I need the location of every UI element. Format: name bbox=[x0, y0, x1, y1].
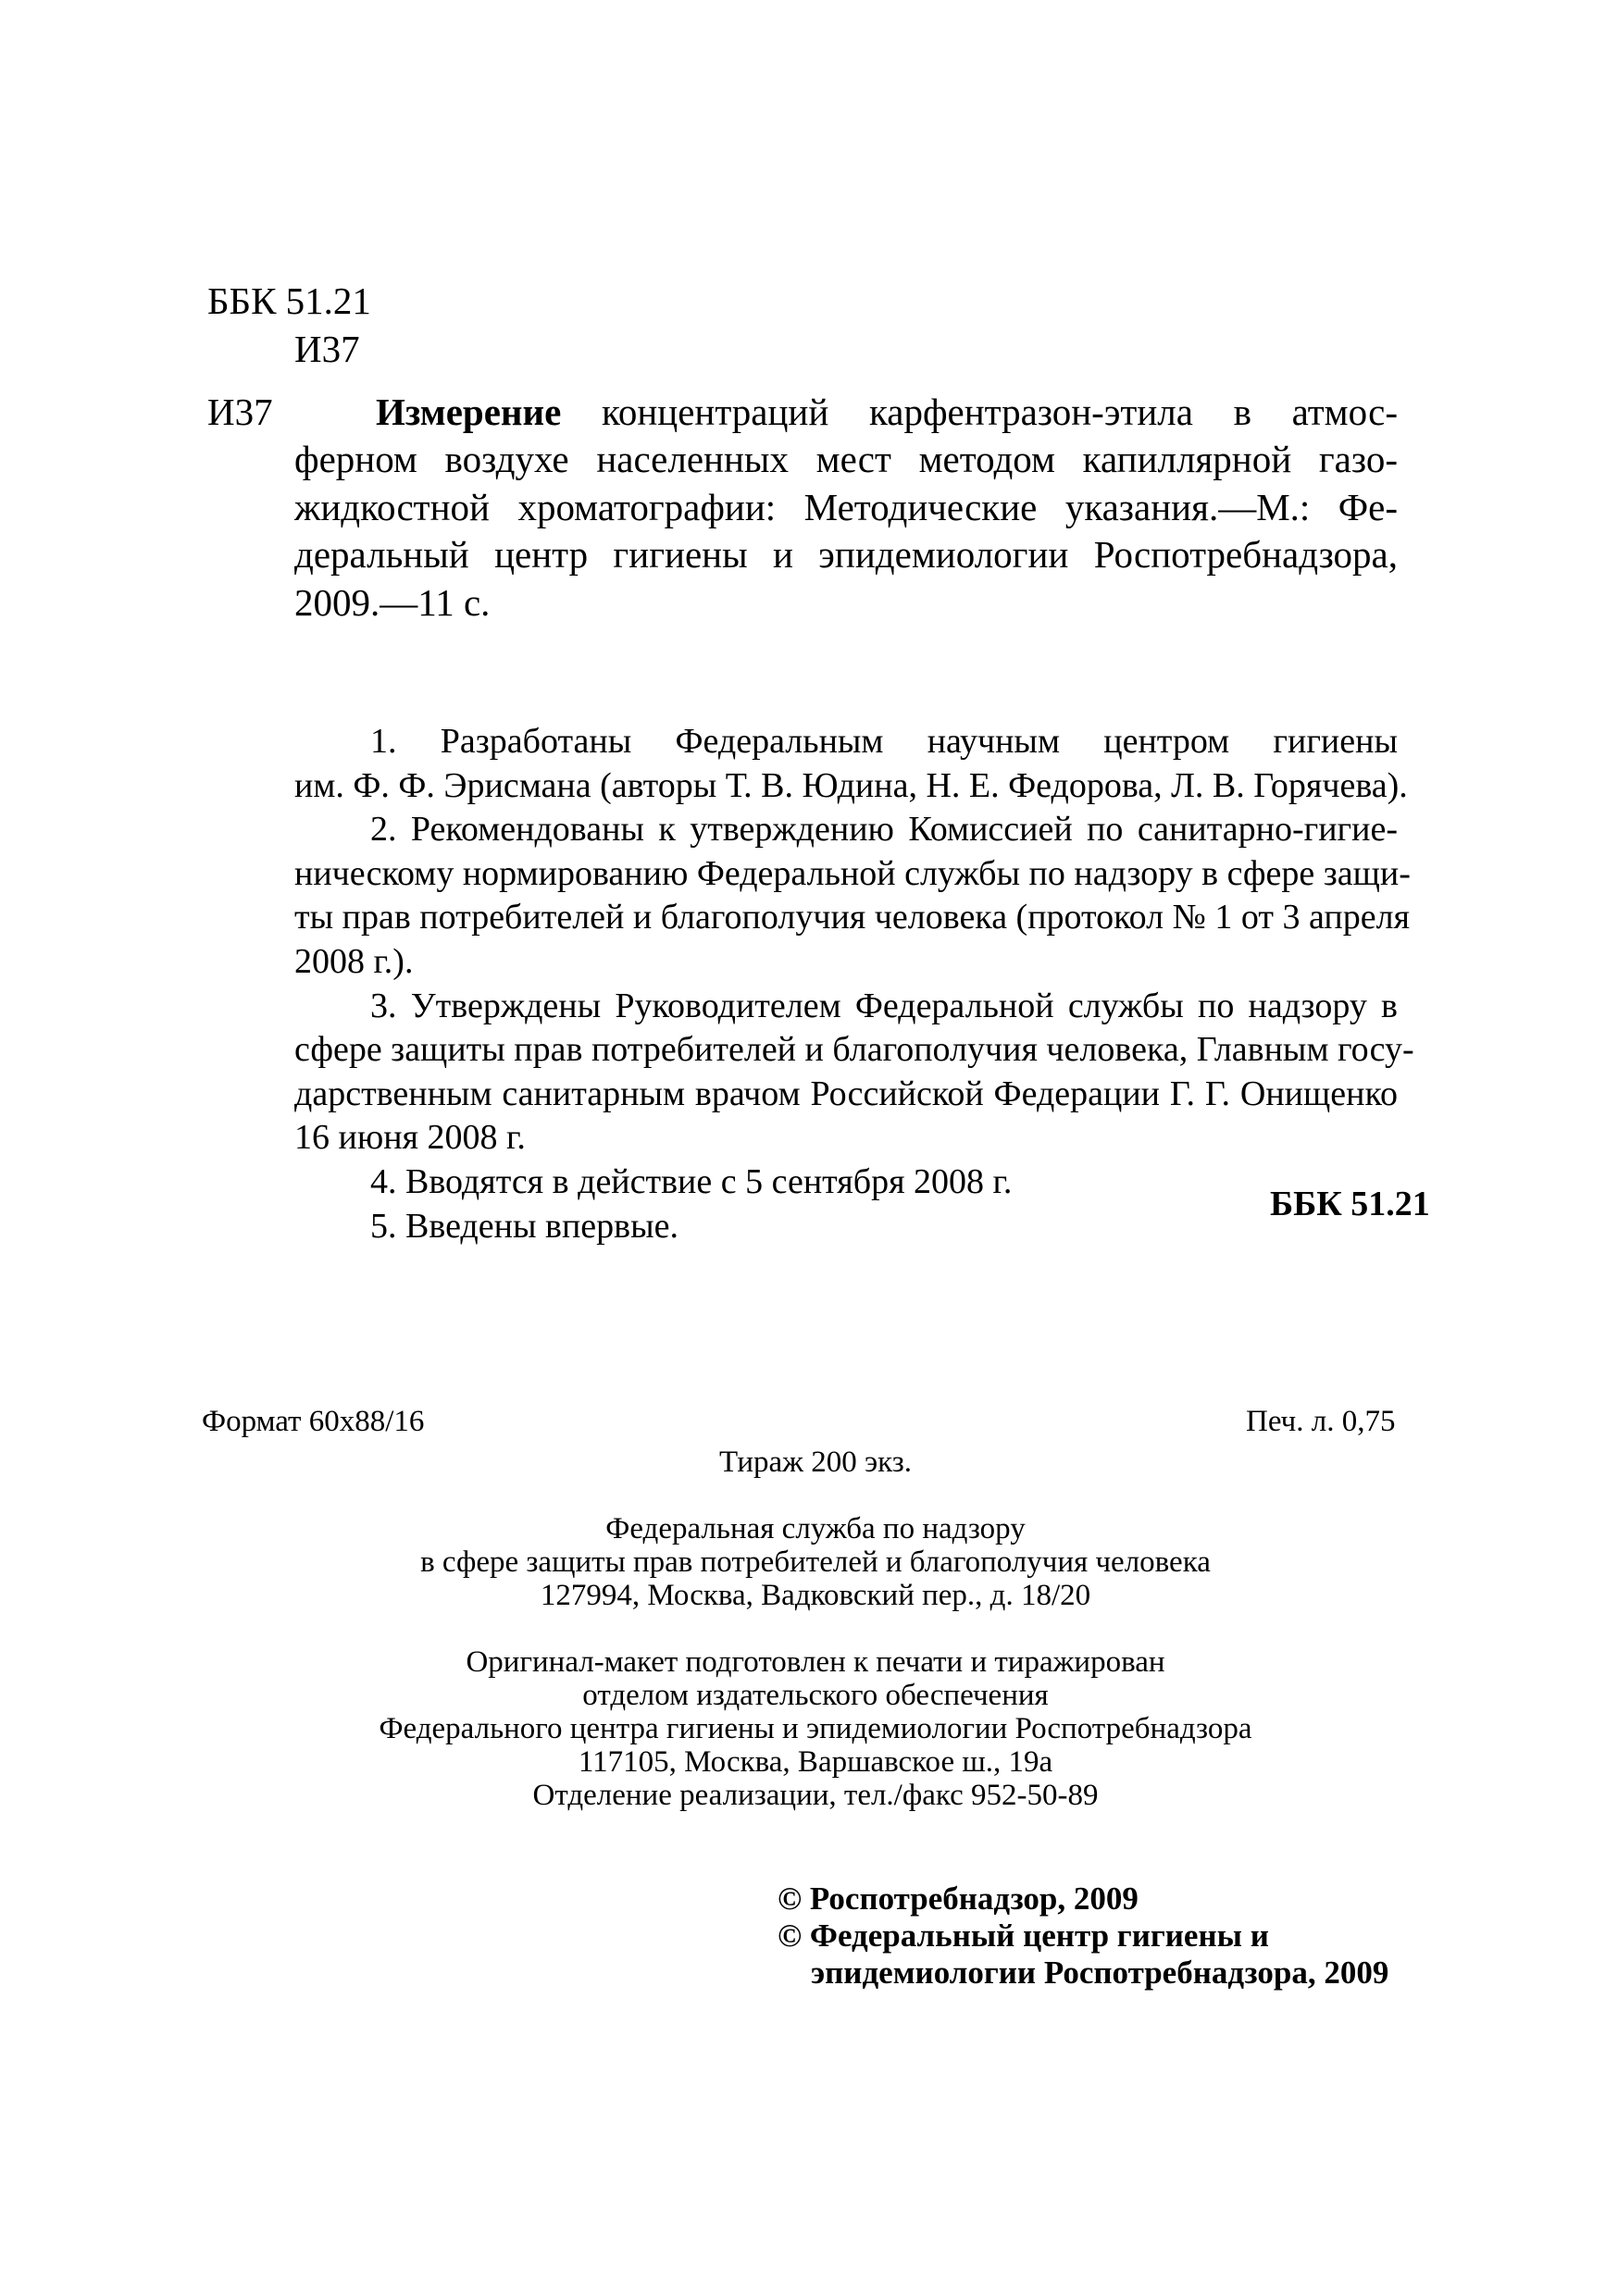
print-run-label: Тираж 200 экз. bbox=[0, 1446, 1618, 1480]
sheets-label: Печ. л. 0,75 bbox=[1246, 1405, 1395, 1439]
entry-line-5: 2009.—11 с. bbox=[294, 579, 490, 627]
publisher-line: в сфере защиты прав потребителей и благо… bbox=[0, 1545, 1618, 1580]
printer-line: Оригинал-макет подготовлен к печати и ти… bbox=[0, 1645, 1618, 1680]
printer-line: 117105, Москва, Варшавское ш., 19а bbox=[0, 1745, 1618, 1780]
section-line: 1. Разработаны Федеральным научным центр… bbox=[370, 720, 1398, 764]
entry-line-1: Измерение концентраций карфентразон-этил… bbox=[376, 389, 1398, 437]
entry-line-2: ферном воздухе населенных мест методом к… bbox=[294, 436, 1398, 484]
copyright-line: эпидемиологии Роспотребнадзора, 2009 bbox=[811, 1951, 1388, 1995]
section-line: 2. Рекомендованы к утверждению Комиссией… bbox=[370, 808, 1398, 852]
section-line: 4. Вводятся в действие с 5 сентября 2008… bbox=[370, 1160, 1012, 1205]
section-line: 5. Введены впервые. bbox=[370, 1205, 678, 1249]
entry-line-3: жидкостной хроматографии: Методические у… bbox=[294, 484, 1398, 532]
entry-mark: И37 bbox=[207, 389, 273, 437]
printer-line: Федерального центра гигиены и эпидемиоло… bbox=[0, 1712, 1618, 1746]
printer-line: отделом издательского обеспечения bbox=[0, 1679, 1618, 1713]
bbk-code-bold: ББК 51.21 bbox=[1270, 1183, 1430, 1227]
format-label: Формат 60х88/16 bbox=[202, 1405, 424, 1439]
section-line: сфере защиты прав потребителей и благопо… bbox=[294, 1028, 1398, 1073]
section-line: 16 июня 2008 г. bbox=[294, 1116, 526, 1160]
section-line: 3. Утверждены Руководителем Федеральной … bbox=[370, 985, 1398, 1029]
entry-line-4: деральный центр гигиены и эпидемиологии … bbox=[294, 531, 1398, 579]
section-line: 2008 г.). bbox=[294, 940, 413, 985]
section-line: им. Ф. Ф. Эрисмана (авторы Т. В. Юдина, … bbox=[294, 764, 1398, 809]
section-line: ты прав потребителей и благополучия чело… bbox=[294, 896, 1398, 940]
publisher-line: 127994, Москва, Вадковский пер., д. 18/2… bbox=[0, 1579, 1618, 1613]
section-line: дарственным санитарным врачом Российской… bbox=[294, 1073, 1398, 1117]
author-mark: И37 bbox=[294, 326, 360, 374]
entry-title-rest: концентраций карфентразон-этила в атмос- bbox=[602, 391, 1398, 433]
bbk-code: ББК 51.21 bbox=[207, 278, 371, 326]
section-line: ническому нормированию Федеральной служб… bbox=[294, 852, 1398, 897]
printer-line: Отделение реализации, тел./факс 952-50-8… bbox=[0, 1779, 1618, 1813]
entry-title-bold: Измерение bbox=[376, 391, 561, 433]
publisher-line: Федеральная служба по надзору bbox=[0, 1512, 1618, 1546]
